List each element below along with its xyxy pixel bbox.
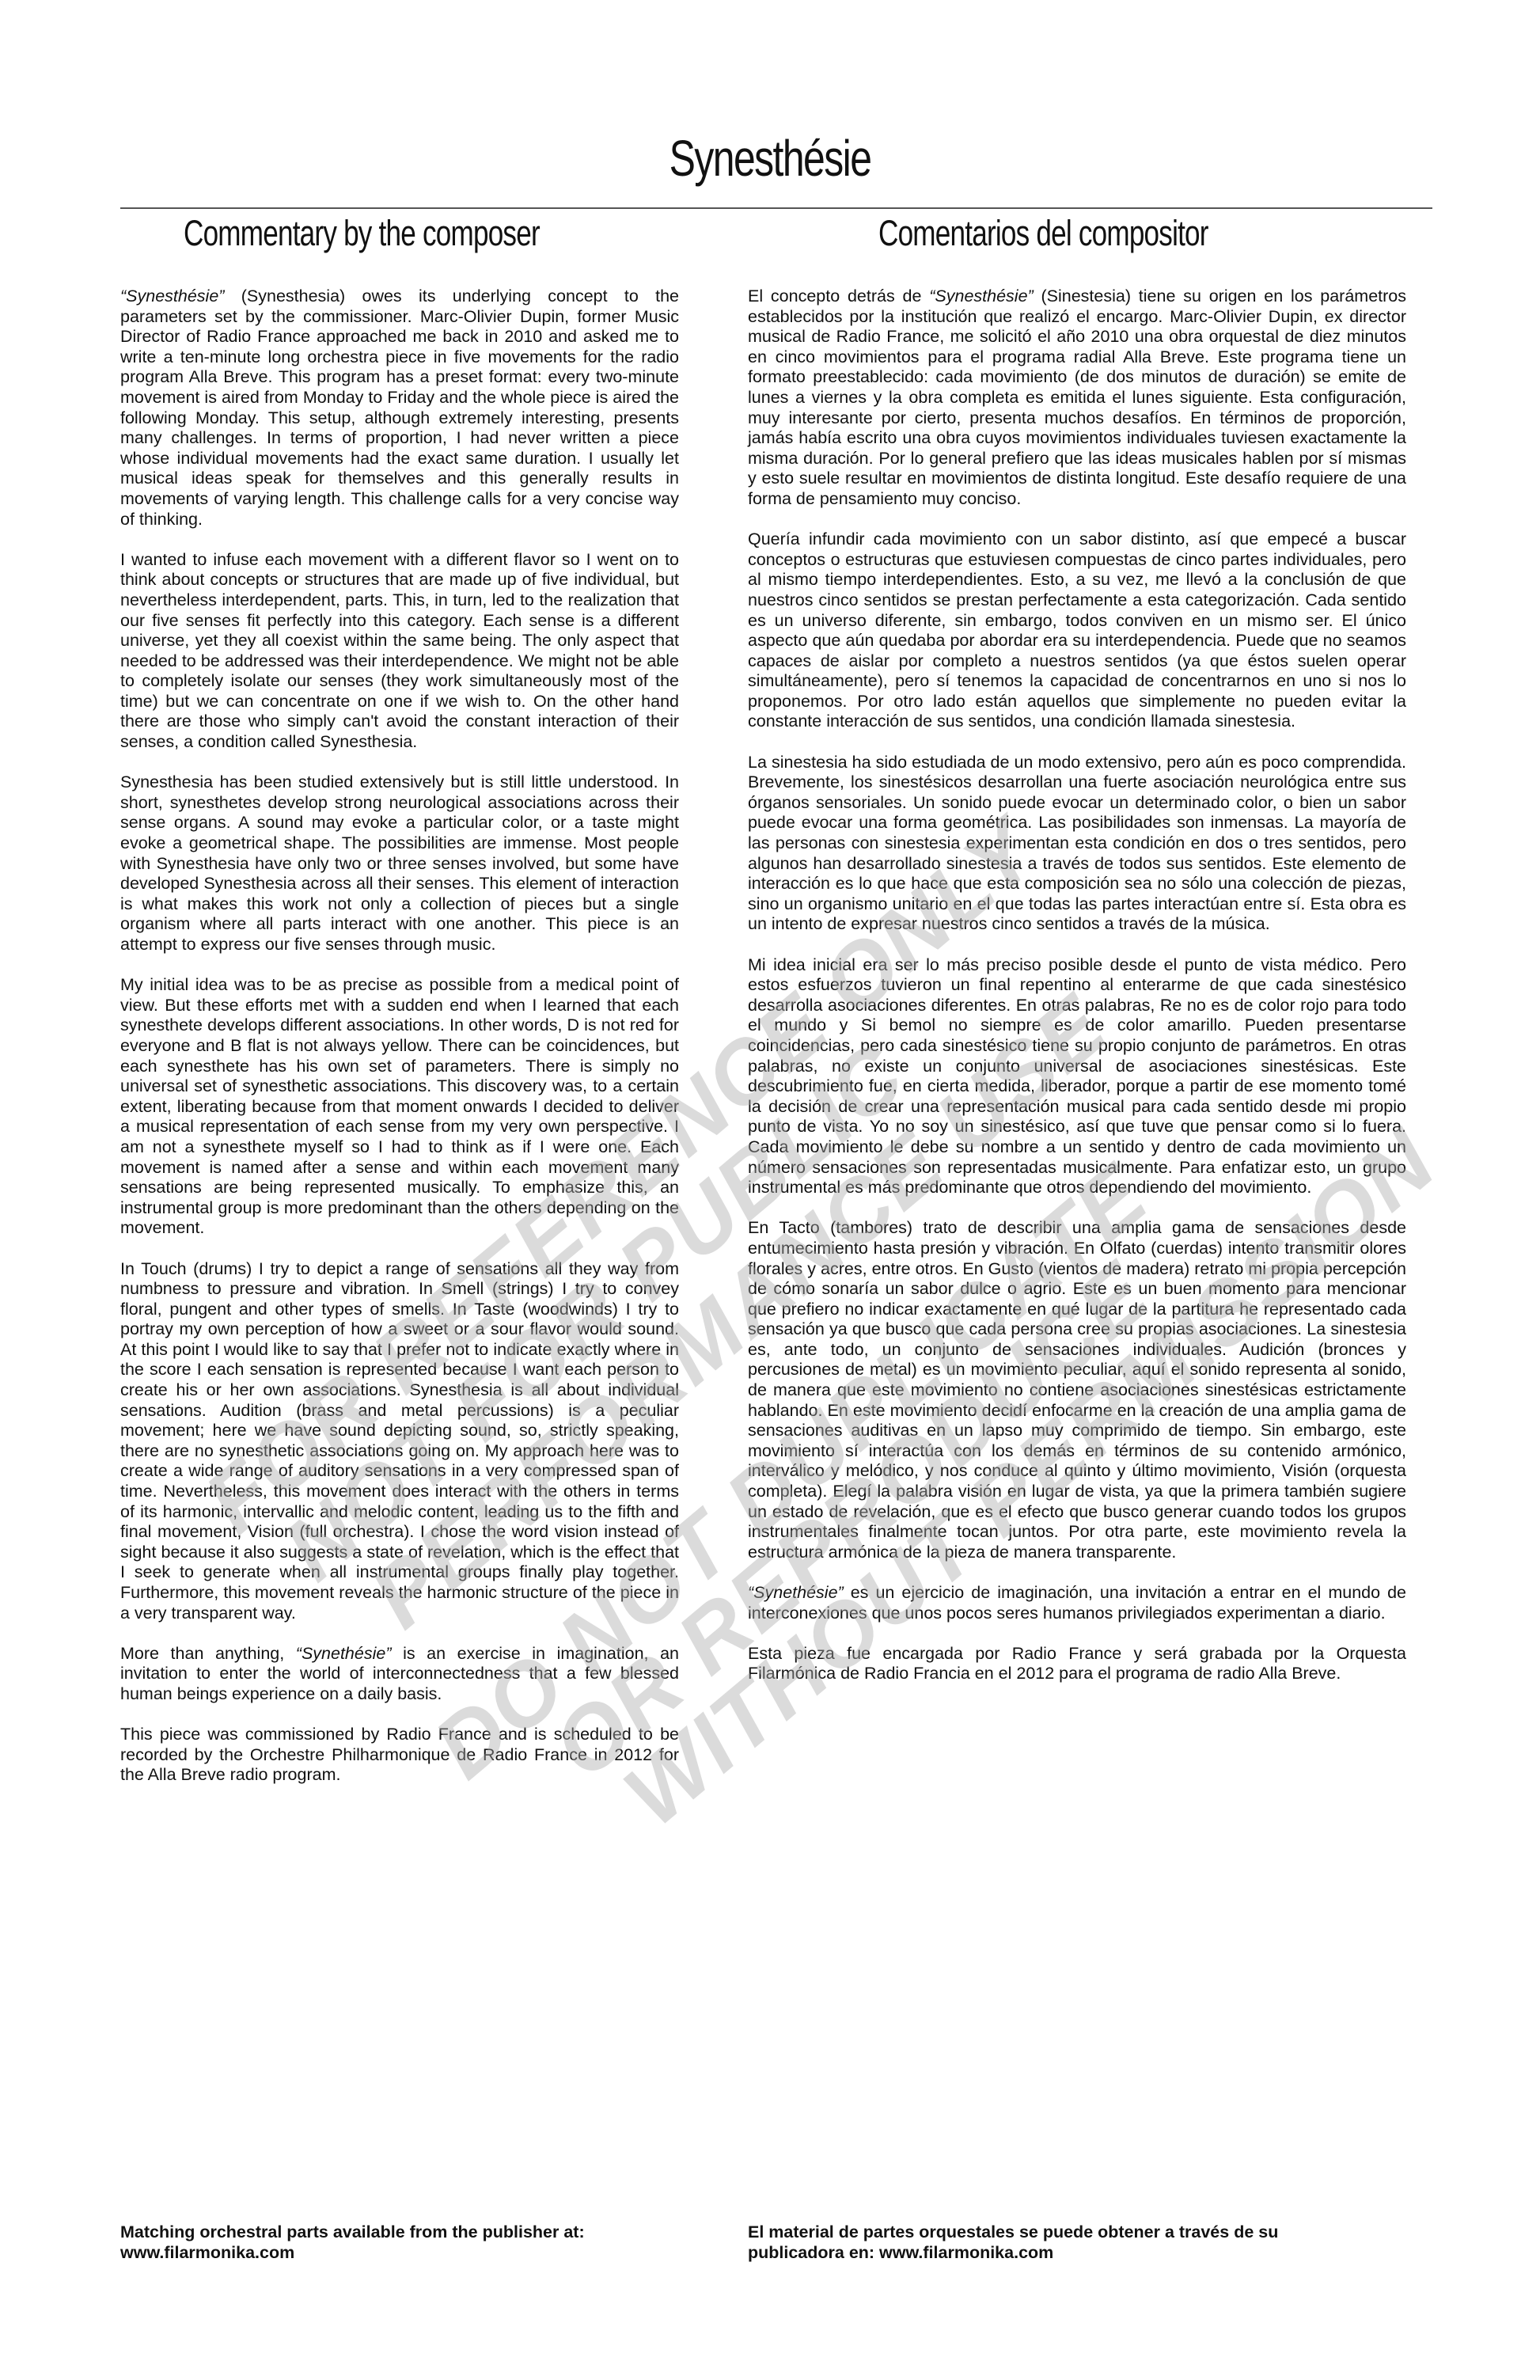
paragraph-text: My initial idea was to be as precise as … — [120, 975, 679, 1237]
english-column: “Synesthésie” (Synesthesia) owes its und… — [120, 287, 679, 1806]
spanish-paragraph-1: El concepto detrás de “Synesthésie” (Sin… — [748, 287, 1406, 510]
spanish-paragraph-4: Mi idea inicial era ser lo más preciso p… — [748, 955, 1406, 1198]
spanish-paragraph-3: La sinestesia ha sido estudiada de un mo… — [748, 753, 1406, 935]
spanish-column: El concepto detrás de “Synesthésie” (Sin… — [748, 287, 1406, 1705]
paragraph-text: En Tacto (tambores) trato de describir u… — [748, 1218, 1406, 1562]
english-paragraph-1: “Synesthésie” (Synesthesia) owes its und… — [120, 287, 679, 530]
work-title-italic: “Synesthésie” — [929, 287, 1033, 306]
english-heading: Commentary by the composer — [184, 215, 540, 251]
english-footer: Matching orchestral parts available from… — [120, 2222, 690, 2263]
footer-note: El material de partes orquestales se pue… — [748, 2222, 1349, 2243]
spanish-paragraph-2: Quería infundir cada movimiento con un s… — [748, 530, 1406, 732]
spanish-paragraph-5: En Tacto (tambores) trato de describir u… — [748, 1218, 1406, 1562]
document-page: Synesthésie Commentary by the composer C… — [0, 0, 1540, 2380]
paragraph-text: In Touch (drums) I try to depict a range… — [120, 1259, 679, 1623]
paragraph-text: El concepto detrás de — [748, 287, 929, 306]
work-title-italic: “Synethésie” — [296, 1644, 392, 1663]
work-title-italic: “Synesthésie” — [120, 287, 224, 306]
paragraph-text: Quería infundir cada movimiento con un s… — [748, 530, 1406, 731]
document-title: Synesthésie — [169, 133, 1371, 184]
english-paragraph-2: I wanted to infuse each movement with a … — [120, 550, 679, 753]
paragraph-text: (Sinestesia) tiene su origen en los pará… — [748, 287, 1406, 508]
english-paragraph-5: In Touch (drums) I try to depict a range… — [120, 1259, 679, 1624]
english-paragraph-6: More than anything, “Synethésie” is an e… — [120, 1644, 679, 1705]
work-title-italic: “Synethésie” — [748, 1583, 844, 1602]
paragraph-text: Synesthesia has been studied extensively… — [120, 772, 679, 954]
spanish-heading: Comentarios del compositor — [878, 215, 1208, 251]
title-divider — [120, 207, 1432, 209]
english-paragraph-3: Synesthesia has been studied extensively… — [120, 772, 679, 955]
paragraph-text: La sinestesia ha sido estudiada de un mo… — [748, 753, 1406, 934]
paragraph-text: Mi idea inicial era ser lo más preciso p… — [748, 955, 1406, 1198]
paragraph-text: Esta pieza fue encargada por Radio Franc… — [748, 1644, 1406, 1683]
publisher-link[interactable]: www.filarmonika.com — [120, 2243, 690, 2264]
paragraph-text: This piece was commissioned by Radio Fra… — [120, 1725, 679, 1784]
publisher-link[interactable]: publicadora en: www.filarmonika.com — [748, 2243, 1349, 2264]
english-paragraph-7: This piece was commissioned by Radio Fra… — [120, 1725, 679, 1786]
paragraph-text: (Synesthesia) owes its underlying concep… — [120, 287, 679, 529]
paragraph-text: More than anything, — [120, 1644, 296, 1663]
paragraph-text: es un ejercicio de imaginación, una invi… — [748, 1583, 1406, 1623]
paragraph-text: I wanted to infuse each movement with a … — [120, 550, 679, 751]
spanish-paragraph-7: Esta pieza fue encargada por Radio Franc… — [748, 1644, 1406, 1684]
footer-note: Matching orchestral parts available from… — [120, 2222, 690, 2243]
english-paragraph-4: My initial idea was to be as precise as … — [120, 975, 679, 1239]
spanish-paragraph-6: “Synethésie” es un ejercicio de imaginac… — [748, 1583, 1406, 1623]
spanish-footer: El material de partes orquestales se pue… — [748, 2222, 1349, 2263]
